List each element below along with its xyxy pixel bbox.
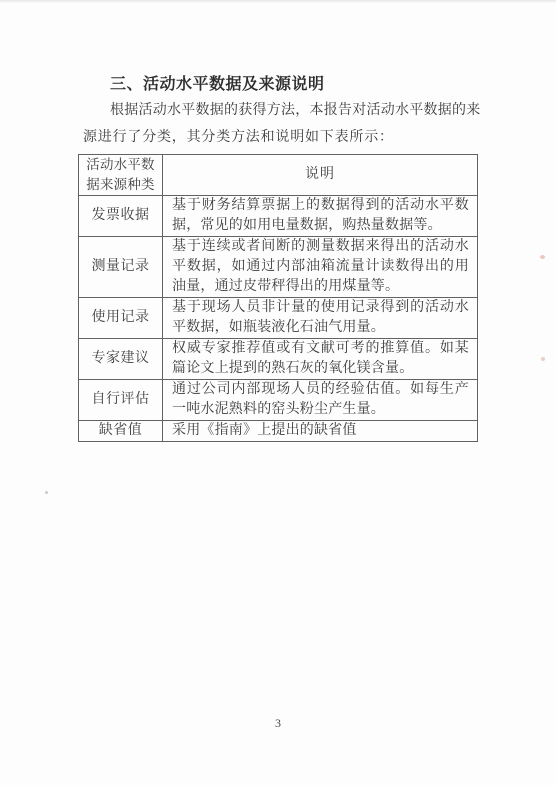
row-description-cell: 采用《指南》上提出的缺省值 — [163, 421, 478, 442]
row-description-cell: 基于现场人员非计量的使用记录得到的活动水平数据，如瓶装液化石油气用量。 — [163, 298, 478, 339]
row-type-cell: 测量记录 — [79, 237, 163, 298]
table-row: 使用记录 基于现场人员非计量的使用记录得到的活动水平数据，如瓶装液化石油气用量。 — [79, 298, 478, 339]
paragraph-line-1: 根据活动水平数据的获得方法，本报告对活动水平数据的来 — [110, 99, 481, 119]
scan-speck-artifact — [541, 357, 545, 361]
table-row: 自行评估 通过公司内部现场人员的经验估值。如每生产一吨水泥熟料的窑头粉尘产生量。 — [79, 380, 478, 421]
row-type-cell: 自行评估 — [79, 380, 163, 421]
row-type-cell: 发票收据 — [79, 196, 163, 237]
scan-speck-artifact — [540, 255, 545, 259]
row-type-cell: 使用记录 — [79, 298, 163, 339]
paragraph-line-2: 源进行了分类，其分类方法和说明如下表所示： — [83, 126, 394, 146]
table-row: 发票收据 基于财务结算票据上的数据得到的活动水平数据，常见的如用电量数据，购热量… — [79, 196, 478, 237]
table-header-type: 活动水平数据来源种类 — [79, 155, 163, 196]
section-heading: 三、活动水平数据及来源说明 — [110, 71, 325, 94]
scan-edge-artifact — [0, 0, 556, 3]
table-header-row: 活动水平数据来源种类 说明 — [79, 155, 478, 196]
data-source-table: 活动水平数据来源种类 说明 发票收据 基于财务结算票据上的数据得到的活动水平数据… — [78, 154, 478, 442]
table-row: 专家建议 权威专家推荐值或有文献可考的推算值。如某篇论文上提到的熟石灰的氧化镁含… — [79, 339, 478, 380]
table-header-description: 说明 — [163, 155, 478, 196]
page-number: 3 — [0, 716, 556, 731]
row-description-cell: 通过公司内部现场人员的经验估值。如每生产一吨水泥熟料的窑头粉尘产生量。 — [163, 380, 478, 421]
row-description-cell: 权威专家推荐值或有文献可考的推算值。如某篇论文上提到的熟石灰的氧化镁含量。 — [163, 339, 478, 380]
row-type-cell: 专家建议 — [79, 339, 163, 380]
table-row: 缺省值 采用《指南》上提出的缺省值 — [79, 421, 478, 442]
row-description-cell: 基于连续或者间断的测量数据来得出的活动水平数据，如通过内部油箱流量计读数得出的用… — [163, 237, 478, 298]
row-type-cell: 缺省值 — [79, 421, 163, 442]
scan-speck-artifact — [45, 491, 48, 494]
table-row: 测量记录 基于连续或者间断的测量数据来得出的活动水平数据，如通过内部油箱流量计读… — [79, 237, 478, 298]
row-description-cell: 基于财务结算票据上的数据得到的活动水平数据，常见的如用电量数据，购热量数据等。 — [163, 196, 478, 237]
